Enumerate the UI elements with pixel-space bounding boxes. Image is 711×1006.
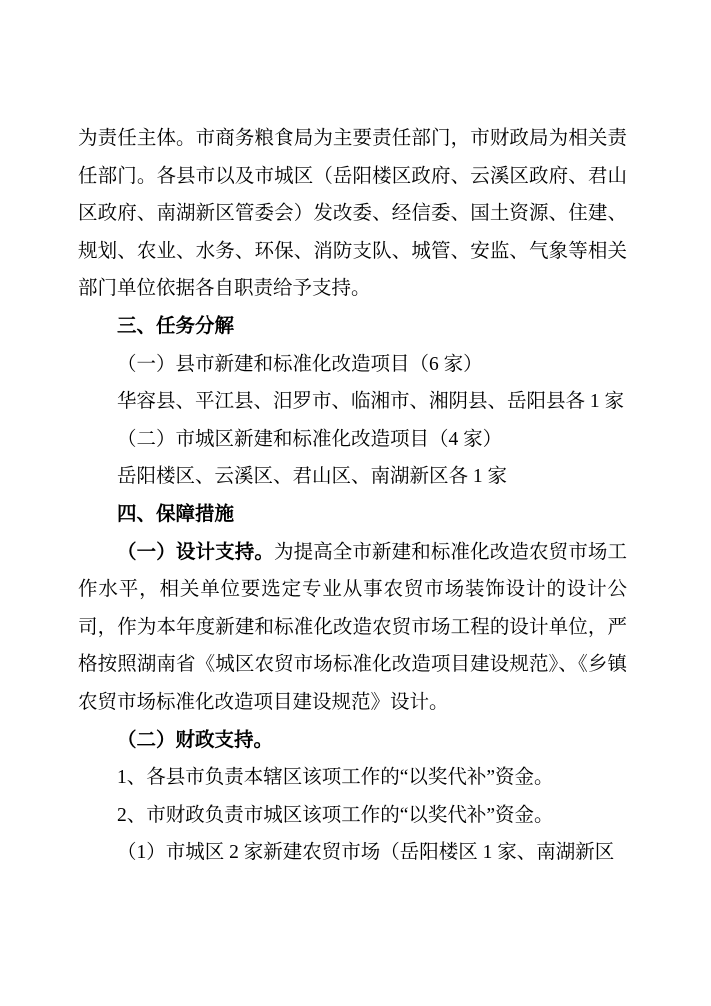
bold-text-run: 四、保障措施 — [117, 504, 234, 525]
bold-text-run: （一）设计支持。 — [117, 542, 274, 563]
text-run: 1、各县市负责本辖区该项工作的“以奖代补”资金。 — [117, 767, 554, 788]
text-run: 2、市财政负责市城区该项工作的“以奖代补”资金。 — [117, 805, 554, 826]
para-fiscal-item-2-sub-1: （1）市城区 2 家新建农贸市场（岳阳楼区 1 家、南湖新区 — [78, 834, 627, 872]
para-responsibility-continuation: 为责任主体。市商务粮食局为主要责任部门，市财政局为相关责任部门。各县市以及市城区… — [78, 120, 627, 308]
document-body: 为责任主体。市商务粮食局为主要责任部门，市财政局为相关责任部门。各县市以及市城区… — [78, 120, 627, 872]
para-county-list: 华容县、平江县、汨罗市、临湘市、湘阴县、岳阳县各 1 家 — [78, 383, 627, 421]
text-run: （二）市城区新建和标准化改造项目（4 家） — [117, 429, 502, 450]
text-run: 为责任主体。市商务粮食局为主要责任部门，市财政局为相关责任部门。各县市以及市城区… — [78, 128, 627, 299]
text-run: （一）县市新建和标准化改造项目（6 家） — [117, 354, 483, 375]
para-design-support: （一）设计支持。为提高全市新建和标准化改造农贸市场工作水平，相关单位要选定专业从… — [78, 534, 627, 722]
para-city-list: 岳阳楼区、云溪区、君山区、南湖新区各 1 家 — [78, 458, 627, 496]
document-page: 为责任主体。市商务粮食局为主要责任部门，市财政局为相关责任部门。各县市以及市城区… — [0, 0, 711, 1006]
heading-fiscal-support: （二）财政支持。 — [78, 722, 627, 760]
heading-section-3-task-breakdown: 三、任务分解 — [78, 308, 627, 346]
para-fiscal-item-1: 1、各县市负责本辖区该项工作的“以奖代补”资金。 — [78, 759, 627, 797]
heading-section-4-safeguards: 四、保障措施 — [78, 496, 627, 534]
text-run: 华容县、平江县、汨罗市、临湘市、湘阴县、岳阳县各 1 家 — [117, 391, 624, 412]
para-city-projects: （二）市城区新建和标准化改造项目（4 家） — [78, 421, 627, 459]
para-county-projects: （一）县市新建和标准化改造项目（6 家） — [78, 346, 627, 384]
bold-text-run: （二）财政支持。 — [117, 730, 273, 751]
text-run: 岳阳楼区、云溪区、君山区、南湖新区各 1 家 — [117, 466, 507, 487]
text-run: 为提高全市新建和标准化改造农贸市场工作水平，相关单位要选定专业从事农贸市场装饰设… — [78, 542, 627, 713]
para-fiscal-item-2: 2、市财政负责市城区该项工作的“以奖代补”资金。 — [78, 797, 627, 835]
text-run: （1）市城区 2 家新建农贸市场（岳阳楼区 1 家、南湖新区 — [117, 842, 614, 863]
bold-text-run: 三、任务分解 — [117, 316, 234, 337]
